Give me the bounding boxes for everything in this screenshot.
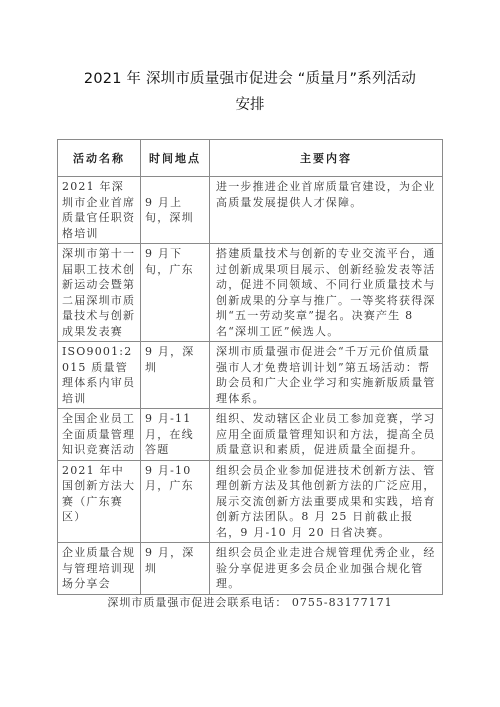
header-activity-name: 活动名称 bbox=[58, 140, 141, 177]
header-time-place: 时间地点 bbox=[141, 140, 210, 177]
content-cell: 组织会员企业走进合规管理优秀企业，经验分享促进更多会员企业加强合规化管理。 bbox=[210, 543, 443, 595]
content-cell: 搭建质量技术与创新的专业交流平台，通过创新成果项目展示、创新经验发表等活动，促进… bbox=[210, 244, 443, 342]
header-main-content: 主要内容 bbox=[210, 140, 443, 177]
activity-name-cell: 企业质量合规与管理培训现场分享会 bbox=[58, 543, 141, 595]
table-row: 企业质量合规与管理培训现场分享会 9 月，深圳 组织会员企业走进合规管理优秀企业… bbox=[58, 543, 443, 595]
content-cell: 进一步推进企业首席质量官建设，为企业高质量发展提供人才保障。 bbox=[210, 177, 443, 244]
content-cell: 组织会员企业参加促进技术创新方法、管理创新方法及其他创新方法的广泛应用，展示交流… bbox=[210, 460, 443, 543]
time-place-cell: 9 月-11 月，在线答题 bbox=[141, 409, 210, 461]
content-cell: 组织、发动辖区企业员工参加竞赛，学习应用全面质量管理知识和方法，提高全员质量意识… bbox=[210, 409, 443, 461]
time-place-cell: 9 月，深圳 bbox=[141, 342, 210, 409]
activity-name-cell: 深圳市第十一届职工技术创新运动会暨第二届深圳市质量技术与创新成果发表赛 bbox=[58, 244, 141, 342]
table-header-row: 活动名称 时间地点 主要内容 bbox=[58, 140, 443, 177]
activity-name-cell: ISO9001:2015 质量管理体系内审员培训 bbox=[58, 342, 141, 409]
activity-name-cell: 2021 年中国创新方法大赛（广东赛区） bbox=[58, 460, 141, 543]
table-row: 2021 年深圳市企业首席质量官任职资格培训 9 月上旬，深圳 进一步推进企业首… bbox=[58, 177, 443, 244]
table-row: ISO9001:2015 质量管理体系内审员培训 9 月，深圳 深圳市质量强市促… bbox=[58, 342, 443, 409]
content-cell: 深圳市质量强市促进会“千万元价值质量强市人才免费培训计划”第五场活动：帮助会员和… bbox=[210, 342, 443, 409]
activity-name-cell: 2021 年深圳市企业首席质量官任职资格培训 bbox=[58, 177, 141, 244]
table-row: 深圳市第十一届职工技术创新运动会暨第二届深圳市质量技术与创新成果发表赛 9 月下… bbox=[58, 244, 443, 342]
title-line-1: 2021 年 深圳市质量强市促进会 “质量月”系列活动 bbox=[0, 66, 500, 92]
document-title: 2021 年 深圳市质量强市促进会 “质量月”系列活动 安排 bbox=[0, 66, 500, 118]
title-line-2: 安排 bbox=[0, 92, 500, 118]
table-row: 全国企业员工全面质量管理知识竞赛活动 9 月-11 月，在线答题 组织、发动辖区… bbox=[58, 409, 443, 461]
activity-name-cell: 全国企业员工全面质量管理知识竞赛活动 bbox=[58, 409, 141, 461]
time-place-cell: 9 月，深圳 bbox=[141, 543, 210, 595]
contact-footer: 深圳市质量强市促进会联系电话： 0755-83177171 bbox=[0, 594, 500, 610]
time-place-cell: 9 月-10 月，广东 bbox=[141, 460, 210, 543]
time-place-cell: 9 月上旬，深圳 bbox=[141, 177, 210, 244]
table-row: 2021 年中国创新方法大赛（广东赛区） 9 月-10 月，广东 组织会员企业参… bbox=[58, 460, 443, 543]
time-place-cell: 9 月下旬，广东 bbox=[141, 244, 210, 342]
activity-schedule-table: 活动名称 时间地点 主要内容 2021 年深圳市企业首席质量官任职资格培训 9 … bbox=[57, 139, 443, 595]
